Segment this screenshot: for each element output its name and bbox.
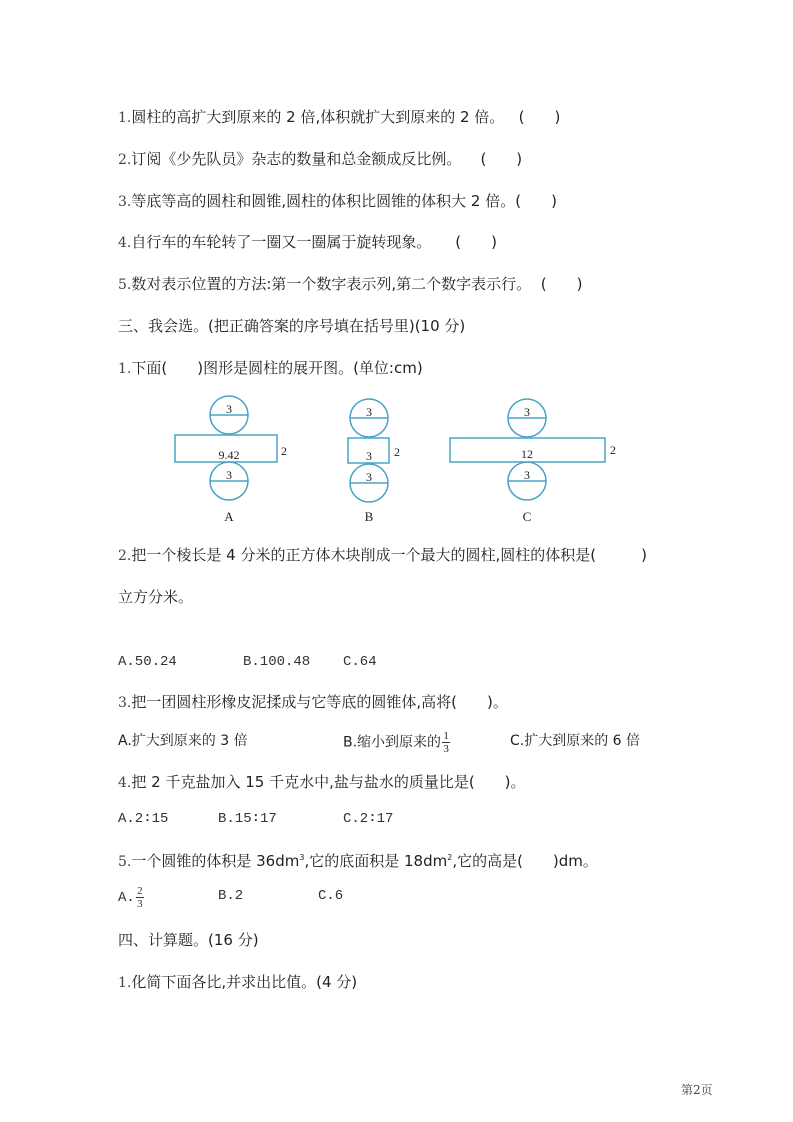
fraction: 13 <box>442 731 450 754</box>
q3-2-continued: 立方分米。 <box>118 587 193 607</box>
fig-c-label: C <box>523 509 532 524</box>
q3-5-option-a[interactable]: A.23 <box>118 886 145 909</box>
fig-a-diameter-bottom: 3 <box>226 468 232 482</box>
fraction: 23 <box>136 886 144 909</box>
fig-a-label: A <box>224 509 234 524</box>
q3-2-option-c[interactable]: C.64 <box>343 652 377 672</box>
q3-4: 4.把 2 千克盐加入 15 千克水中,盐与盐水的质量比是( )。 <box>118 772 526 793</box>
q3-5-option-b[interactable]: B.2 <box>218 886 243 906</box>
fig-b-diameter: 3 <box>366 405 372 419</box>
question-text: 把一个棱长是 4 分米的正方体木块削成一个最大的圆柱,圆柱的体积是( ) <box>131 546 647 564</box>
page-number: 第2页 <box>681 1081 713 1098</box>
q3-2: 2.把一个棱长是 4 分米的正方体木块削成一个最大的圆柱,圆柱的体积是( ) <box>118 545 647 566</box>
q3-2-option-b[interactable]: B.100.48 <box>243 652 310 672</box>
fig-b-length: 3 <box>366 449 372 463</box>
q3-3-option-a[interactable]: A.扩大到原来的 3 倍 <box>118 731 248 751</box>
fig-b-diameter-bottom: 3 <box>366 470 372 484</box>
q3-4-option-b[interactable]: B.15∶17 <box>218 809 277 829</box>
q3-5-option-c[interactable]: C.6 <box>318 886 343 906</box>
item-number: 3. <box>118 695 131 711</box>
fig-b-height: 2 <box>394 445 400 459</box>
q3-4-option-a[interactable]: A.2∶15 <box>118 809 168 829</box>
fig-c-height: 2 <box>610 443 616 457</box>
question-text: 化简下面各比,并求出比值。(4 分) <box>131 973 357 991</box>
question-text: 把 2 千克盐加入 15 千克水中,盐与盐水的质量比是( )。 <box>131 773 525 791</box>
item-number: 1. <box>118 975 131 991</box>
fig-a-height: 2 <box>281 444 287 458</box>
q3-4-option-c[interactable]: C.2∶17 <box>343 809 393 829</box>
item-number: 5. <box>118 854 131 870</box>
question-text: 把一团圆柱形橡皮泥揉成与它等底的圆锥体,高将( )。 <box>131 693 507 711</box>
q3-3-option-b[interactable]: B.缩小到原来的13 <box>343 731 451 754</box>
section-4-title: 四、计算题。(16 分) <box>118 930 259 950</box>
q3-3: 3.把一团圆柱形橡皮泥揉成与它等底的圆锥体,高将( )。 <box>118 692 508 713</box>
cylinder-nets-figure: 3 9.42 2 3 A 3 3 2 3 B 3 12 2 3 C <box>0 0 793 540</box>
q3-5: 5.一个圆锥的体积是 36dm3,它的底面积是 18dm2,它的高是( )dm。 <box>118 848 598 872</box>
fig-c-diameter-bottom: 3 <box>524 468 530 482</box>
q3-3-option-c[interactable]: C.扩大到原来的 6 倍 <box>510 731 640 751</box>
q3-2-option-a[interactable]: A.50.24 <box>118 652 177 672</box>
fig-a-diameter: 3 <box>226 402 232 416</box>
fig-c-diameter: 3 <box>524 405 530 419</box>
fig-a-length: 9.42 <box>219 448 240 462</box>
q4-1: 1.化简下面各比,并求出比值。(4 分) <box>118 972 357 993</box>
item-number: 2. <box>118 548 131 564</box>
item-number: 4. <box>118 775 131 791</box>
option-text: B.缩小到原来的 <box>343 735 441 751</box>
fig-b-label: B <box>365 509 374 524</box>
fig-c-length: 12 <box>521 447 533 461</box>
